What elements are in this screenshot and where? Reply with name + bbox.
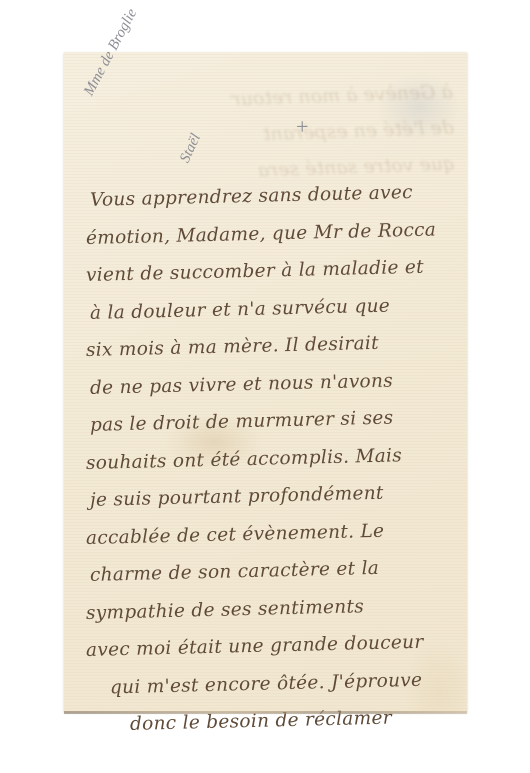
pencil-cross-mark: + [296,114,308,140]
letter-line-15: donc le besoin de réclamer [86,698,462,745]
letter-page: à Genève à mon retour de l'été en espéra… [64,52,467,712]
letter-body: Vous apprendrez sans doute avec émotion,… [86,182,461,745]
